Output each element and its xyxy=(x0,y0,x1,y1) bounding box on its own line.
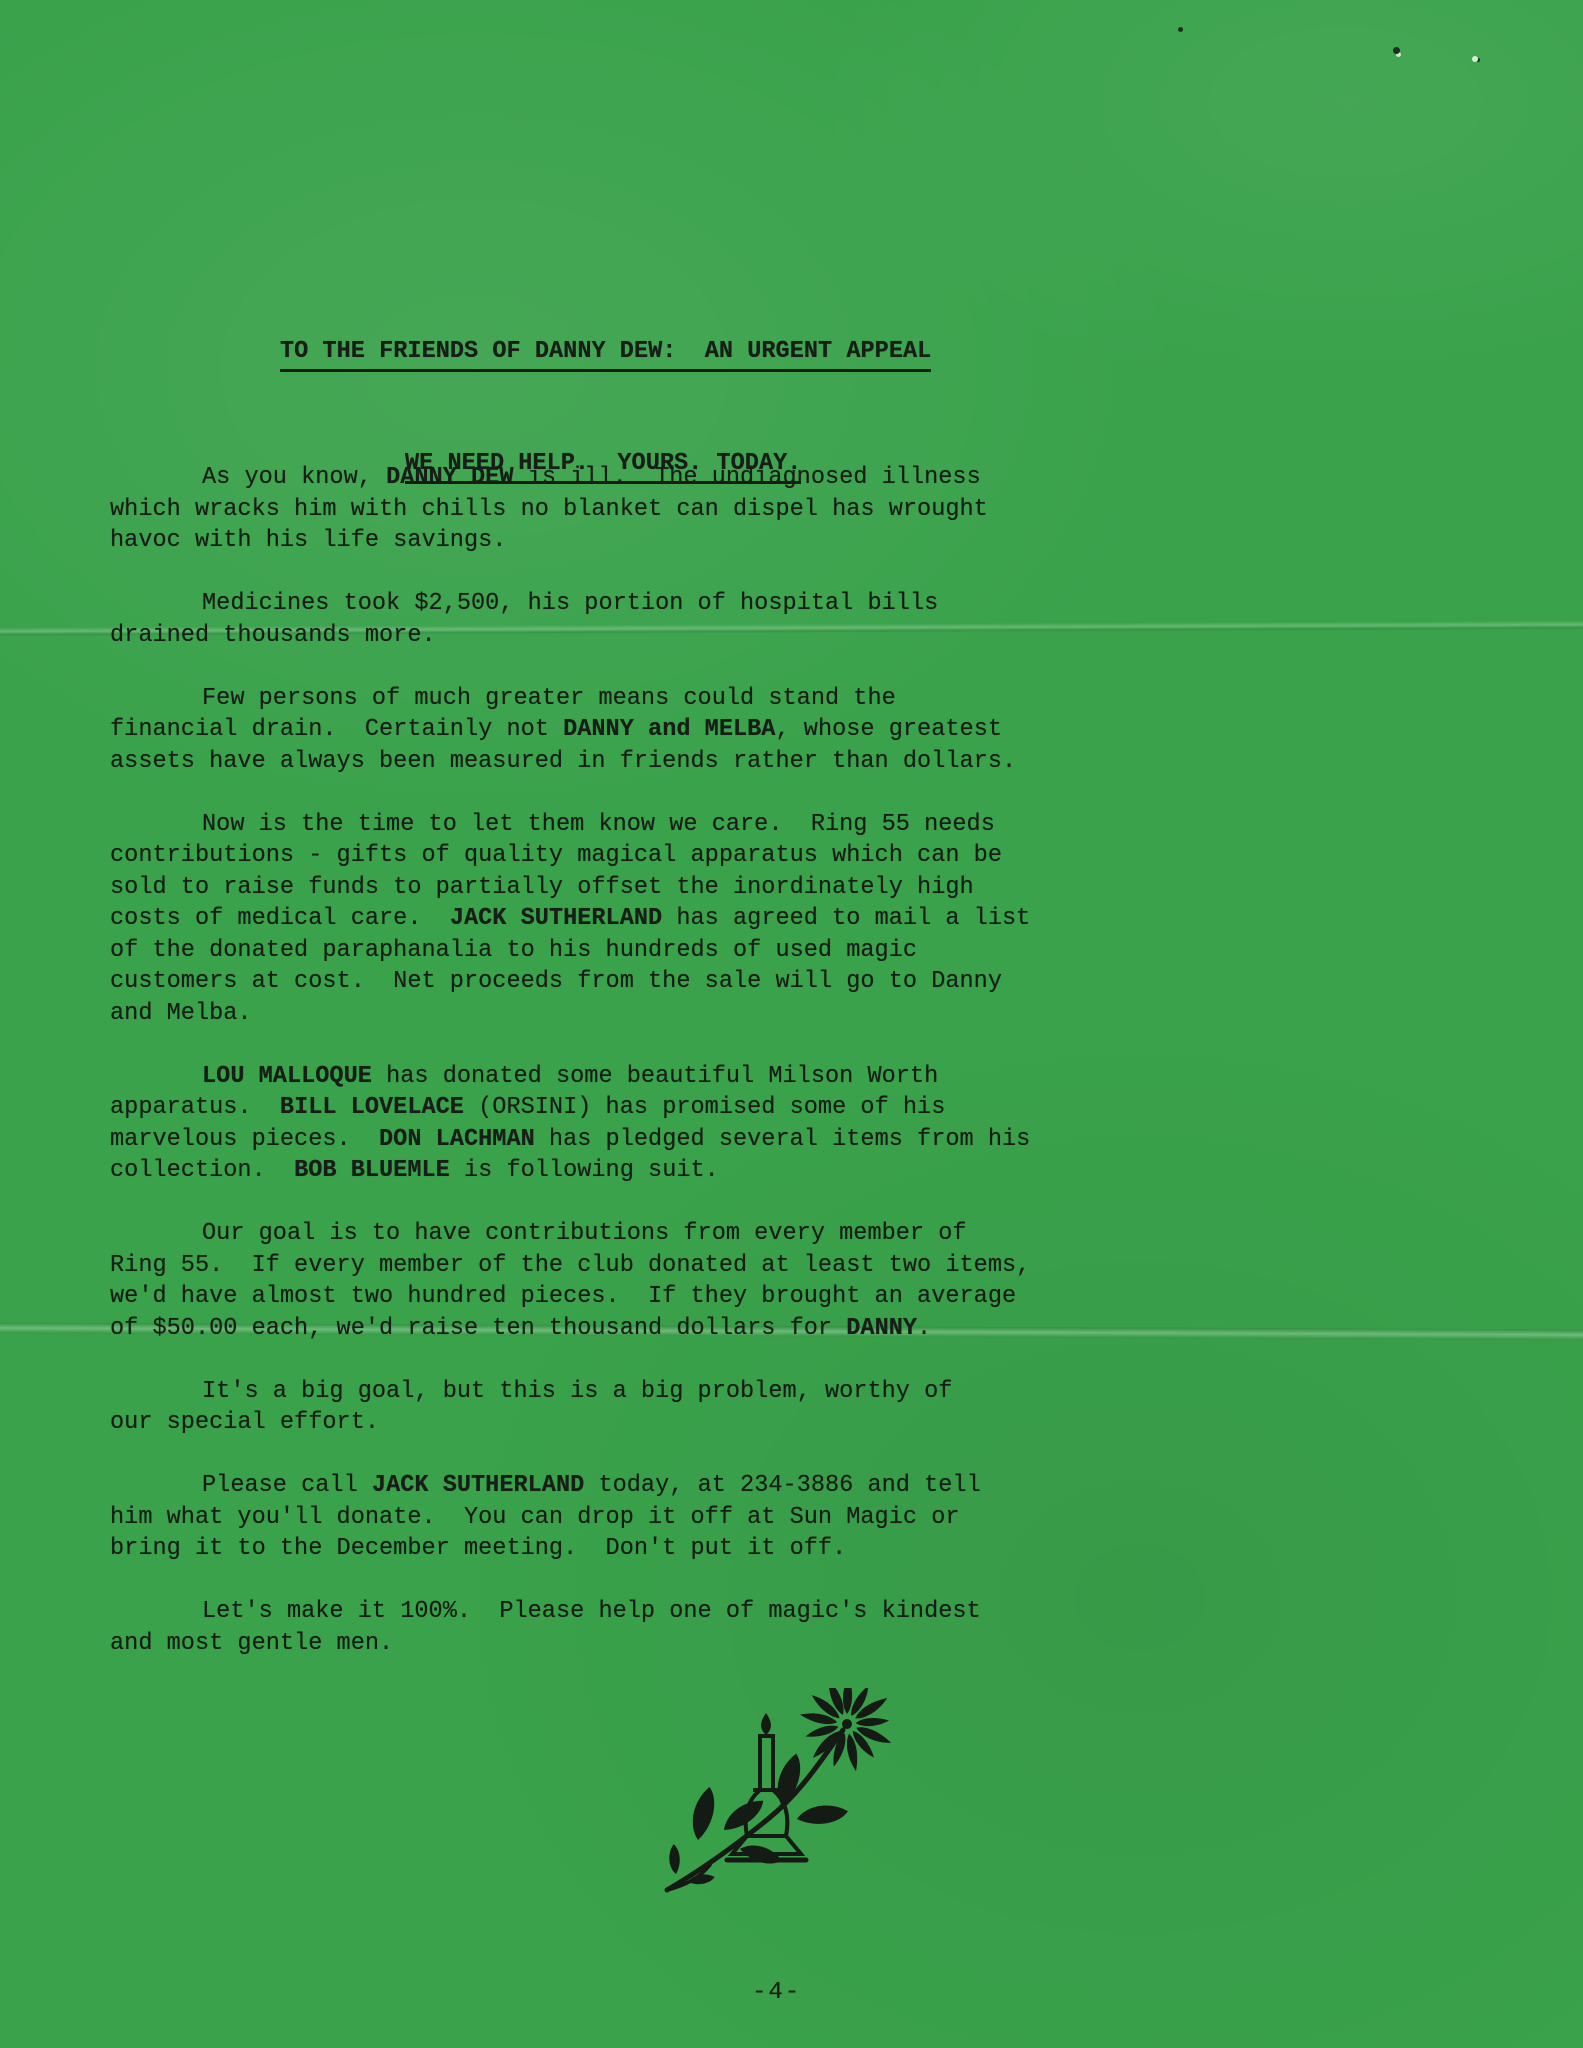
paragraph: Now is the time to let them know we care… xyxy=(110,809,1030,1030)
text-line: contributions - gifts of quality magical… xyxy=(110,840,1030,872)
text-line: It's a big goal, but this is a big probl… xyxy=(110,1376,1030,1408)
letter-title: TO THE FRIENDS OF DANNY DEW: AN URGENT A… xyxy=(280,338,931,372)
text-line: we'd have almost two hundred pieces. If … xyxy=(110,1281,1030,1313)
text-line: collection. BOB BLUEMLE is following sui… xyxy=(110,1155,1030,1187)
text-line: and Melba. xyxy=(110,998,1030,1030)
paragraph: As you know, DANNY DEW is ill. The undia… xyxy=(110,462,1030,557)
text-line: Please call JACK SUTHERLAND today, at 23… xyxy=(110,1470,1030,1502)
paragraph: It's a big goal, but this is a big probl… xyxy=(110,1376,1030,1439)
text-line: customers at cost. Net proceeds from the… xyxy=(110,966,1030,998)
text-line: financial drain. Certainly not DANNY and… xyxy=(110,714,1030,746)
text-line: and most gentle men. xyxy=(110,1628,1030,1660)
paragraph: LOU MALLOQUE has donated some beautiful … xyxy=(110,1061,1030,1187)
text-line: Few persons of much greater means could … xyxy=(110,683,1030,715)
text-line: bring it to the December meeting. Don't … xyxy=(110,1533,1030,1565)
text-line: assets have always been measured in frie… xyxy=(110,746,1030,778)
page-number: -4- xyxy=(752,1978,801,2008)
text-line: him what you'll donate. You can drop it … xyxy=(110,1502,1030,1534)
text-line: of the donated paraphanalia to his hundr… xyxy=(110,935,1030,967)
paragraph: Few persons of much greater means could … xyxy=(110,683,1030,778)
text-line: havoc with his life savings. xyxy=(110,525,1030,557)
text-line: costs of medical care. JACK SUTHERLAND h… xyxy=(110,903,1030,935)
candle-poinsettia-ornament-icon xyxy=(648,1688,913,1903)
text-line: Let's make it 100%. Please help one of m… xyxy=(110,1596,1030,1628)
text-line: Our goal is to have contributions from e… xyxy=(110,1218,1030,1250)
text-line: drained thousands more. xyxy=(110,620,1030,652)
paper-speck xyxy=(1472,56,1478,62)
paragraph: Please call JACK SUTHERLAND today, at 23… xyxy=(110,1470,1030,1565)
text-line: apparatus. BILL LOVELACE (ORSINI) has pr… xyxy=(110,1092,1030,1124)
paragraph: Our goal is to have contributions from e… xyxy=(110,1218,1030,1344)
paragraph: Medicines took $2,500, his portion of ho… xyxy=(110,588,1030,651)
text-line: which wracks him with chills no blanket … xyxy=(110,494,1030,526)
letter-body: As you know, DANNY DEW is ill. The undia… xyxy=(110,462,1030,1691)
text-line: of $50.00 each, we'd raise ten thousand … xyxy=(110,1313,1030,1345)
letter-title-row: TO THE FRIENDS OF DANNY DEW: AN URGENT A… xyxy=(110,336,931,369)
text-line: LOU MALLOQUE has donated some beautiful … xyxy=(110,1061,1030,1093)
text-line: Medicines took $2,500, his portion of ho… xyxy=(110,588,1030,620)
paper-speck xyxy=(1393,47,1400,54)
text-line: our special effort. xyxy=(110,1407,1030,1439)
scanned-letter-page: TO THE FRIENDS OF DANNY DEW: AN URGENT A… xyxy=(0,0,1583,2048)
text-line: As you know, DANNY DEW is ill. The undia… xyxy=(110,462,1030,494)
paragraph: Let's make it 100%. Please help one of m… xyxy=(110,1596,1030,1659)
text-line: sold to raise funds to partially offset … xyxy=(110,872,1030,904)
text-line: Ring 55. If every member of the club don… xyxy=(110,1250,1030,1282)
text-line: marvelous pieces. DON LACHMAN has pledge… xyxy=(110,1124,1030,1156)
text-line: Now is the time to let them know we care… xyxy=(110,809,1030,841)
paper-speck xyxy=(1178,27,1183,32)
